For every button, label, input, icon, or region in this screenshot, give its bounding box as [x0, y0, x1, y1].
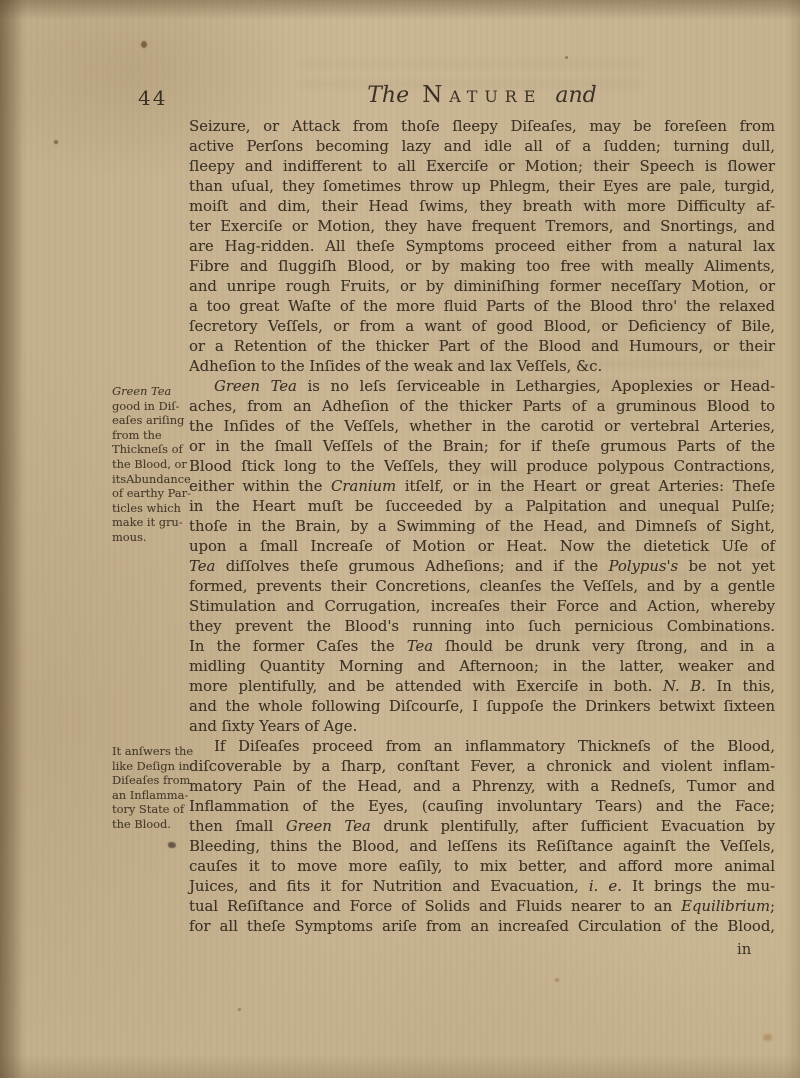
body-line: diſcoverable by a ſharp, conſtant Fever,…: [189, 757, 775, 777]
body-line: Adheſion to the Inſides of the weak and …: [189, 357, 775, 377]
body-line: Inflammation of the Eyes, (cauſing invol…: [189, 797, 775, 817]
margin-note-line: Diſeaſes from: [112, 773, 190, 788]
paper-stain: [555, 978, 559, 982]
body-line: thoſe in the Brain, by a Swimming of the…: [189, 517, 775, 537]
ink-mark: [168, 842, 176, 848]
catchword: in: [737, 940, 751, 960]
body-line: and ſixty Years of Age.: [189, 717, 775, 737]
body-line: formed, prevents their Concretions, clea…: [189, 577, 775, 597]
body-line: active Perſons becoming lazy and idle al…: [189, 137, 775, 157]
body-line: In the former Caſes the Tea ſhould be dr…: [189, 637, 775, 657]
body-line: Stimulation and Corrugation, increaſes t…: [189, 597, 775, 617]
body-line: in the Heart muſt be ſucceeded by a Palp…: [189, 497, 775, 517]
body-line: If Diſeaſes proceed from an inflammatory…: [189, 737, 775, 757]
body-line: either within the Cranium itſelf, or in …: [189, 477, 775, 497]
body-line: Fibre and ſluggiſh Blood, or by making t…: [189, 257, 775, 277]
margin-note-line: tory State of: [112, 802, 190, 817]
body-line: Juices, and fits it for Nutrition and Ev…: [189, 877, 775, 897]
body-line: and unripe rough Fruits, or by diminiſhi…: [189, 277, 775, 297]
ink-speck: [141, 41, 147, 48]
body-line: or a Retention of the thicker Part of th…: [189, 337, 775, 357]
book-page: 44 The Nature and Seizure, or Attack fro…: [0, 0, 800, 1078]
body-line: upon a ſmall Increaſe of Motion or Heat.…: [189, 537, 775, 557]
body-line: ſecretory Veſſels, or from a want of goo…: [189, 317, 775, 337]
margin-note: Green Teagood in Diſ-eaſes ariſingfrom t…: [112, 384, 190, 545]
margin-note-line: from the: [112, 428, 190, 443]
body-line: the Inſides of the Veſſels, whether in t…: [189, 417, 775, 437]
page-number: 44: [138, 86, 167, 110]
margin-note-line: an Inflamma-: [112, 788, 190, 803]
paragraph: Seizure, or Attack from thoſe ſleepy Diſ…: [189, 117, 775, 377]
body-line: cauſes it to move more eaſily, to mix be…: [189, 857, 775, 877]
margin-note-line: like Deſign in: [112, 759, 190, 774]
running-header: The Nature and: [189, 82, 775, 108]
body-line: than uſual, they ſometimes throw up Phle…: [189, 177, 775, 197]
ink-speck: [238, 1008, 241, 1011]
margin-note-line: the Blood.: [112, 817, 190, 832]
paper-stain: [763, 1034, 772, 1041]
body-line: ſleepy and indifferent to all Exerciſe o…: [189, 157, 775, 177]
margin-note-line: mous.: [112, 530, 190, 545]
body-line: moiſt and dim, their Head ſwims, they br…: [189, 197, 775, 217]
body-line: Seizure, or Attack from thoſe ſleepy Diſ…: [189, 117, 775, 137]
body-line: for all theſe Symptoms ariſe from an inc…: [189, 917, 775, 937]
header-word-and: and: [555, 83, 596, 108]
body-text-column: Seizure, or Attack from thoſe ſleepy Diſ…: [189, 117, 775, 937]
margin-note-line: of earthy Par-: [112, 486, 190, 501]
body-line: Tea diſſolves theſe grumous Adheſions; a…: [189, 557, 775, 577]
body-line: then ſmall Green Tea drunk plentifully, …: [189, 817, 775, 837]
ink-speck: [54, 140, 58, 144]
body-line: Bleeding, thins the Blood, and leſſens i…: [189, 837, 775, 857]
body-line: midling Quantity Morning and Afternoon; …: [189, 657, 775, 677]
paragraph: Green Tea is no leſs ſerviceable in Leth…: [189, 377, 775, 737]
body-line: Green Tea is no leſs ſerviceable in Leth…: [189, 377, 775, 397]
body-line: they prevent the Blood's running into ſu…: [189, 617, 775, 637]
margin-note-line: itsAbundance: [112, 472, 190, 487]
body-line: are Hag-ridden. All theſe Symptoms proce…: [189, 237, 775, 257]
margin-note-line: Green Tea: [112, 384, 190, 399]
margin-note-line: make it gru-: [112, 515, 190, 530]
paragraph: If Diſeaſes proceed from an inflammatory…: [189, 737, 775, 937]
body-line: and the whole following Diſcourſe, I ſup…: [189, 697, 775, 717]
margin-note-line: It anſwers the: [112, 744, 190, 759]
header-word-the: The: [367, 83, 409, 108]
body-line: matory Pain of the Head, and a Phrenzy, …: [189, 777, 775, 797]
header-title: Nature: [422, 82, 542, 108]
margin-note-line: good in Diſ-: [112, 399, 190, 414]
body-line: a too great Waſte of the more fluid Part…: [189, 297, 775, 317]
body-line: tual Reſiſtance and Force of Solids and …: [189, 897, 775, 917]
margin-note-line: the Blood, or: [112, 457, 190, 472]
margin-note-line: eaſes ariſing: [112, 413, 190, 428]
body-line: ter Exerciſe or Motion, they have freque…: [189, 217, 775, 237]
ink-speck: [565, 56, 568, 59]
body-line: Blood ſtick long to the Veſſels, they wi…: [189, 457, 775, 477]
margin-note: It anſwers thelike Deſign inDiſeaſes fro…: [112, 744, 190, 832]
body-line: more plentifully, and be attended with E…: [189, 677, 775, 697]
margin-note-line: Thickneſs of: [112, 442, 190, 457]
body-line: or in the ſmall Veſſels of the Brain; fo…: [189, 437, 775, 457]
body-line: aches, from an Adheſion of the thicker P…: [189, 397, 775, 417]
margin-note-line: ticles which: [112, 501, 190, 516]
